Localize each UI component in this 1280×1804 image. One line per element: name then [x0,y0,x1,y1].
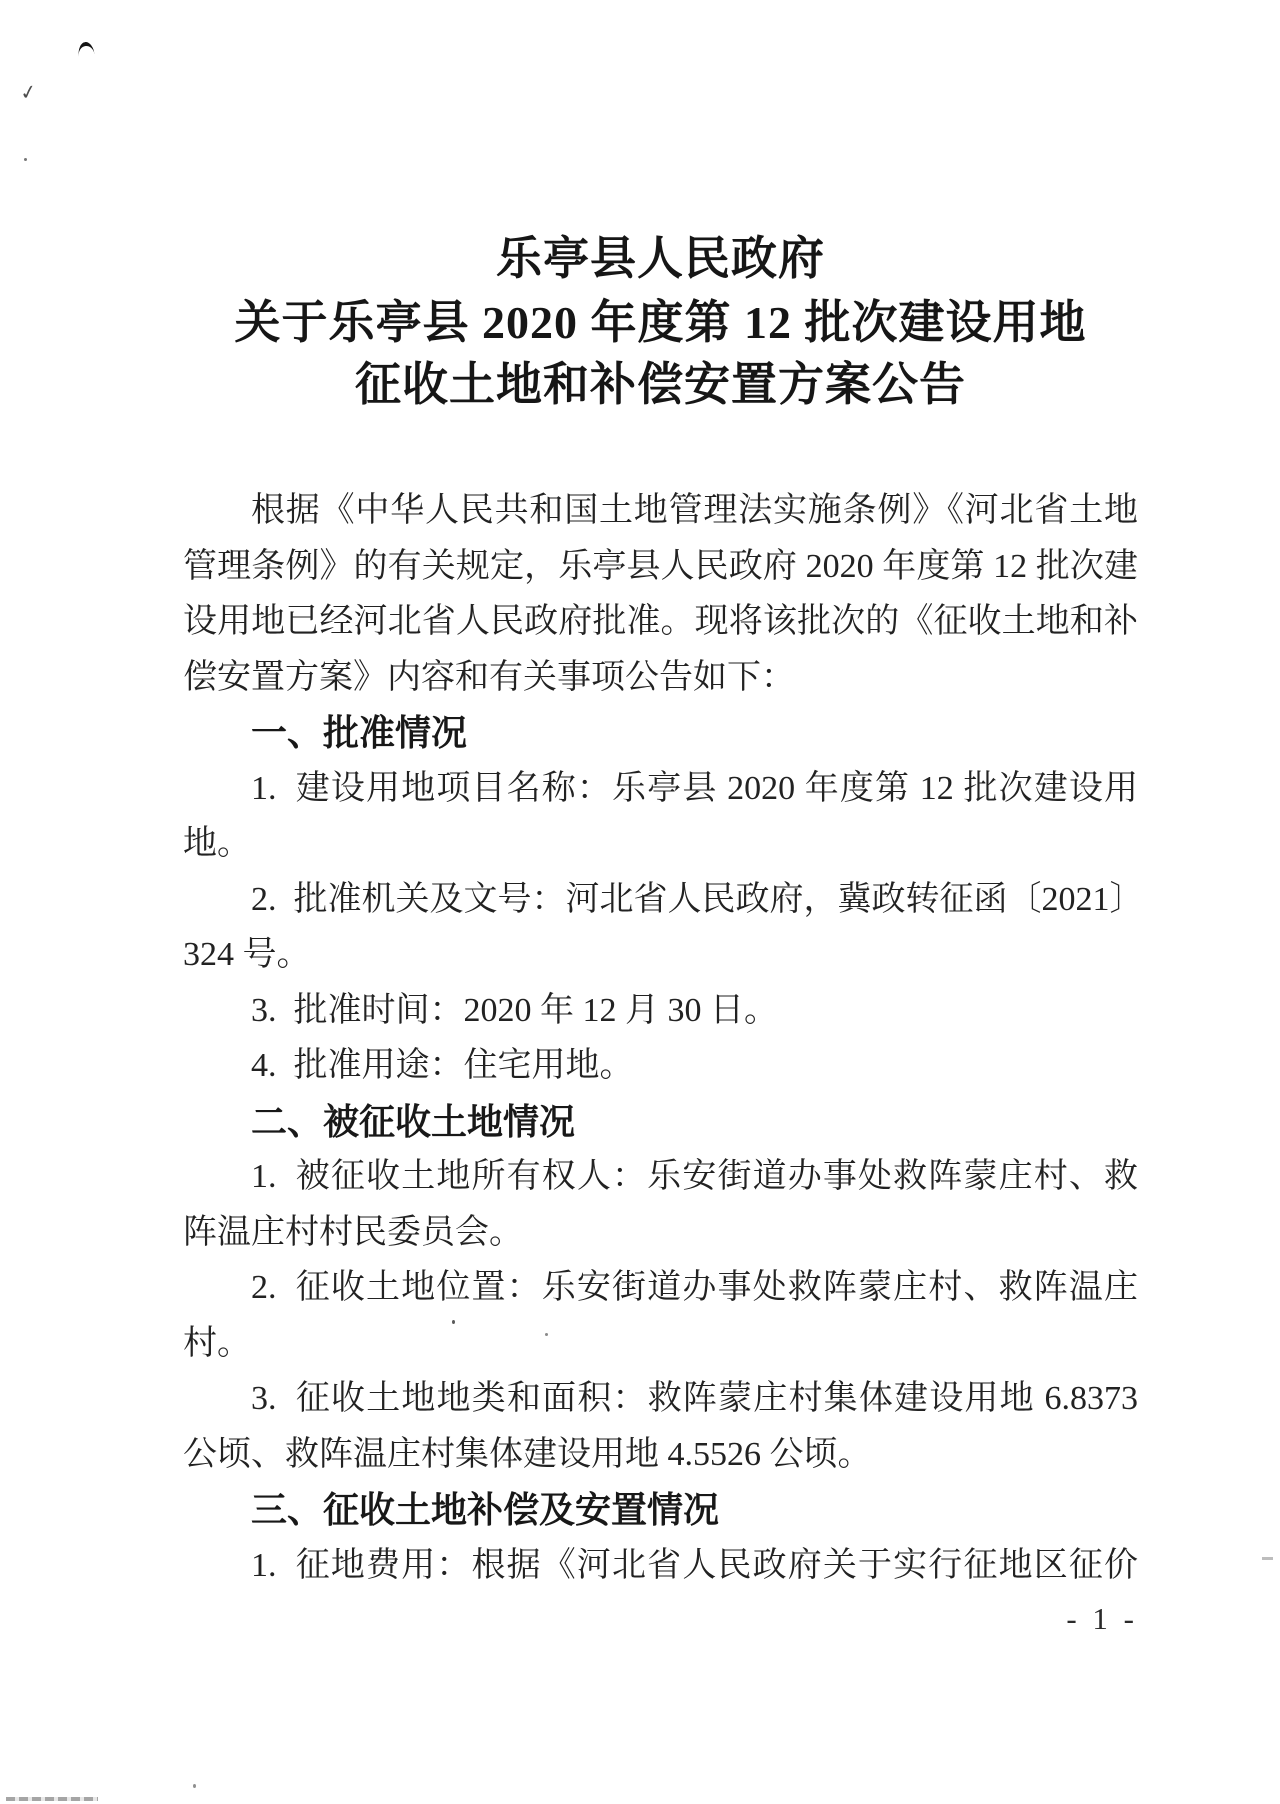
body-line-11: 4. 批准用途：住宅用地。 [183,1038,1138,1094]
document-title-line-2: 关于乐亭县 2020 年度第 12 批次建设用地 [183,292,1138,354]
scan-artifact-dot [24,158,27,161]
body-line-14: 阵温庄村村民委员会。 [183,1205,1138,1261]
body-line-16: 村。 [183,1316,1138,1372]
document-title-line-3: 征收土地和补偿安置方案公告 [183,354,1138,416]
body-line-9: 324 号。 [183,927,1138,983]
section-heading-3: 三、征收土地补偿及安置情况 [183,1482,1138,1538]
body-line-1: 根据《中华人民共和国土地管理法实施条例》《河北省土地 [183,483,1138,539]
scan-edge-line [6,1797,98,1801]
scanned-document-page: ✓ 乐亭县人民政府 关于乐亭县 2020 年度第 12 批次建设用地 征收土地和… [0,0,1280,1804]
document-title-line-1: 乐亭县人民政府 [183,228,1138,290]
section-heading-1: 一、批准情况 [183,705,1138,761]
body-line-4: 偿安置方案》内容和有关事项公告如下： [183,650,1138,706]
section-heading-2: 二、被征收土地情况 [183,1094,1138,1150]
body-line-20: 1. 征地费用：根据《河北省人民政府关于实行征地区征价 [183,1538,1138,1594]
body-line-3: 设用地已经河北省人民政府批准。现将该批次的《征收土地和补 [183,594,1138,650]
scan-artifact-curl-mark [77,41,94,58]
body-line-2: 管理条例》的有关规定，乐亭县人民政府 2020 年度第 12 批次建 [183,539,1138,595]
body-line-18: 公顷、救阵温庄村集体建设用地 4.5526 公顷。 [183,1427,1138,1483]
body-line-15: 2. 征收土地位置：乐安街道办事处救阵蒙庄村、救阵温庄 [183,1260,1138,1316]
body-line-13: 1. 被征收土地所有权人：乐安街道办事处救阵蒙庄村、救 [183,1149,1138,1205]
scan-artifact-check-mark: ✓ [18,79,39,106]
body-line-8: 2. 批准机关及文号：河北省人民政府，冀政转征函〔2021〕 [183,872,1138,928]
body-line-7: 地。 [183,816,1138,872]
body-line-17: 3. 征收土地地类和面积：救阵蒙庄村集体建设用地 6.8373 [183,1371,1138,1427]
body-line-6: 1. 建设用地项目名称：乐亭县 2020 年度第 12 批次建设用 [183,761,1138,817]
scan-artifact-dash [1262,1557,1273,1560]
scan-artifact-dot [193,1784,196,1788]
body-line-10: 3. 批准时间：2020 年 12 月 30 日。 [183,983,1138,1039]
page-number: - 1 - [183,1596,1138,1642]
